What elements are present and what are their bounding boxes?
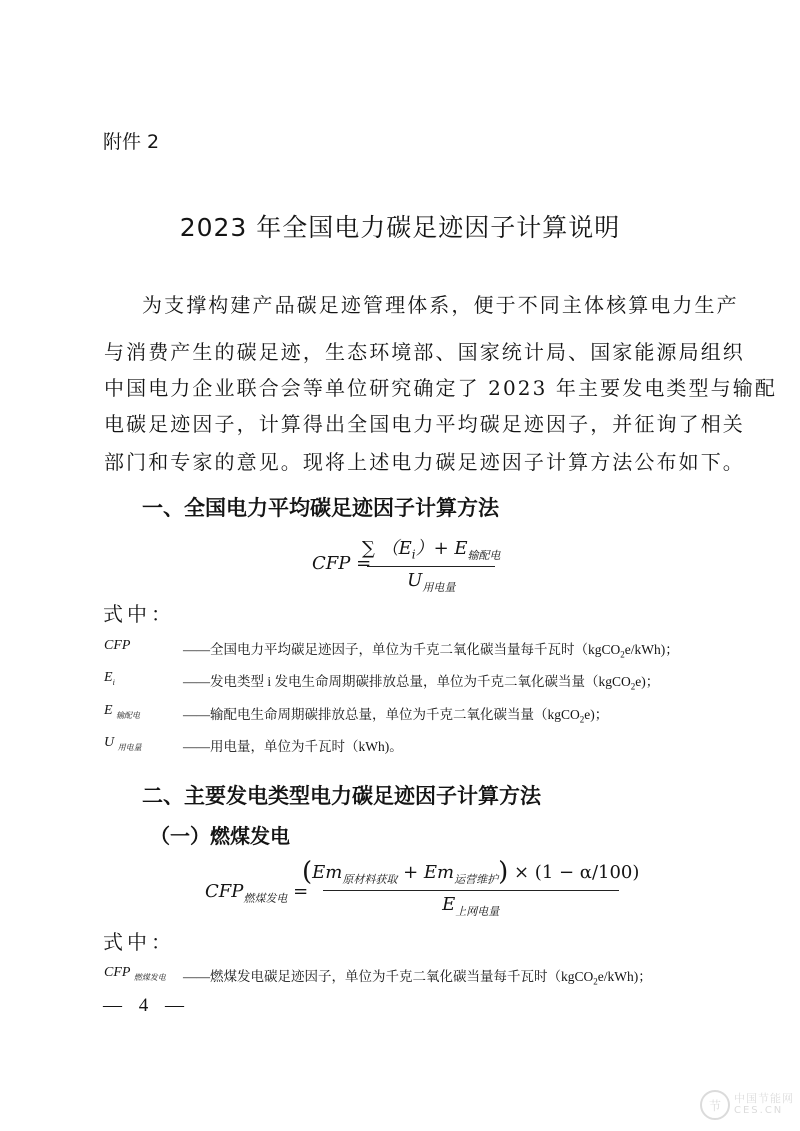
def-text: ——燃煤发电碳足迹因子，单位为千克二氧化碳当量每千瓦时（kgCO [183, 969, 593, 984]
intro-line-1: 为支撑构建产品碳足迹管理体系，便于不同主体核算电力生产 [142, 295, 739, 315]
alpha-factor: × (1 − α/100) [508, 862, 639, 883]
def-text: ——发电类型 i 发电生命周期碳排放总量，单位为千克二氧化碳当量（kgCO [183, 674, 631, 689]
symbol-sub: 燃煤发电 [134, 973, 166, 982]
formula-numerator: ∑ （Ei）+ E输配电 [362, 534, 501, 563]
def-symbol-cfp: CFP [104, 638, 130, 654]
denominator-sub: 用电量 [422, 581, 455, 594]
def-symbol-ei: Ei [104, 670, 115, 687]
fraction-bar [323, 890, 619, 891]
symbol-sub: 用电量 [118, 743, 142, 752]
coal-formula-lhs: CFP燃煤发电 = [205, 881, 308, 906]
def-text: ——输配电生命周期碳排放总量，单位为千克二氧化碳当量（kgCO [183, 707, 580, 722]
symbol-sub: 输配电 [116, 711, 140, 720]
symbol: CFP [104, 965, 130, 980]
def-symbol-cfp-coal: CFP 燃煤发电 [104, 965, 166, 983]
numerator-close: ）+ E [416, 538, 468, 559]
sum-symbol: ∑ [362, 538, 375, 559]
close-paren: ) [498, 857, 508, 887]
intro-line-5: 部门和专家的意见。现将上述电力碳足迹因子计算方法公布如下。 [104, 452, 745, 472]
open-paren: ( [302, 857, 312, 887]
def-text-cfp: ——全国电力平均碳足迹因子，单位为千克二氧化碳当量每千瓦时（kgCO2e/kWh… [183, 638, 679, 660]
intro-line-3: 中国电力企业联合会等单位研究确定了 2023 年主要发电类型与输配 [104, 378, 777, 398]
coal-formula-fraction: (Em原材料获取 + Em运营维护) × (1 − α/100) E上网电量 [302, 857, 639, 919]
subsection-coal-heading: （一）燃煤发电 [150, 820, 290, 849]
denominator-term: E [442, 894, 455, 915]
def-text-end: e/kWh)； [598, 969, 652, 984]
def-text-u: ——用电量，单位为千瓦时（kWh)。 [183, 735, 403, 755]
def-text-end: e)； [584, 707, 608, 722]
def-symbol-e-td: E 输配电 [104, 703, 140, 721]
coal-denominator: E上网电量 [442, 894, 499, 919]
symbol: U [104, 735, 114, 750]
symbol-sub: i [113, 678, 115, 687]
attachment-label: 附件 2 [103, 127, 159, 154]
watermark-text-en: CES.CN [734, 1105, 794, 1117]
def-text-ei: ——发电类型 i 发电生命周期碳排放总量，单位为千克二氧化碳当量（kgCO2e)… [183, 670, 659, 692]
page-number: — 4 — [103, 995, 190, 1017]
fraction-bar [367, 566, 495, 567]
symbol: E [104, 703, 113, 718]
where-label-2: 式中： [103, 926, 175, 955]
symbol: E [104, 670, 113, 685]
where-label-1: 式中： [103, 598, 175, 627]
intro-line-4: 电碳足迹因子，计算得出全国电力平均碳足迹因子，并征询了相关 [104, 414, 745, 434]
def-text: ——全国电力平均碳足迹因子，单位为千克二氧化碳当量每千瓦时（kgCO [183, 642, 620, 657]
watermark-logo-icon: 节 [700, 1090, 730, 1120]
numerator-sub: 输配电 [468, 549, 501, 562]
def-text-cfp-coal: ——燃煤发电碳足迹因子，单位为千克二氧化碳当量每千瓦时（kgCO2e/kWh)； [183, 965, 652, 987]
term-1-sub: 原材料获取 [342, 873, 397, 886]
term-2: + Em [397, 862, 454, 883]
numerator-term: （E [381, 538, 412, 559]
watermark-text-cn: 中国节能网 [734, 1093, 794, 1105]
denominator-term: U [407, 570, 422, 591]
symbol: CFP [104, 638, 130, 653]
section-2-heading: 二、主要发电类型电力碳足迹因子计算方法 [142, 780, 541, 810]
denominator-sub: 上网电量 [455, 905, 499, 918]
lhs-sub: 燃煤发电 [243, 892, 287, 905]
section-1-heading: 一、全国电力平均碳足迹因子计算方法 [142, 492, 499, 522]
def-text-end: e/kWh)； [625, 642, 679, 657]
watermark-text: 中国节能网 CES.CN [734, 1093, 794, 1117]
formula-fraction: ∑ （Ei）+ E输配电 U用电量 [362, 534, 501, 595]
watermark: 节 中国节能网 CES.CN [700, 1090, 794, 1120]
document-title: 2023 年全国电力碳足迹因子计算说明 [0, 208, 800, 244]
def-symbol-u: U 用电量 [104, 735, 142, 753]
term-2-sub: 运营维护 [454, 873, 498, 886]
formula-denominator: U用电量 [407, 570, 455, 595]
def-text-e-td: ——输配电生命周期碳排放总量，单位为千克二氧化碳当量（kgCO2e)； [183, 703, 608, 725]
intro-line-2: 与消费产生的碳足迹，生态环境部、国家统计局、国家能源局组织 [104, 342, 745, 362]
term-1: Em [312, 862, 342, 883]
def-text: ——用电量，单位为千瓦时（kWh)。 [183, 739, 403, 754]
lhs: CFP [205, 881, 243, 902]
coal-numerator: (Em原材料获取 + Em运营维护) × (1 − α/100) [302, 857, 639, 887]
def-text-end: e)； [635, 674, 659, 689]
